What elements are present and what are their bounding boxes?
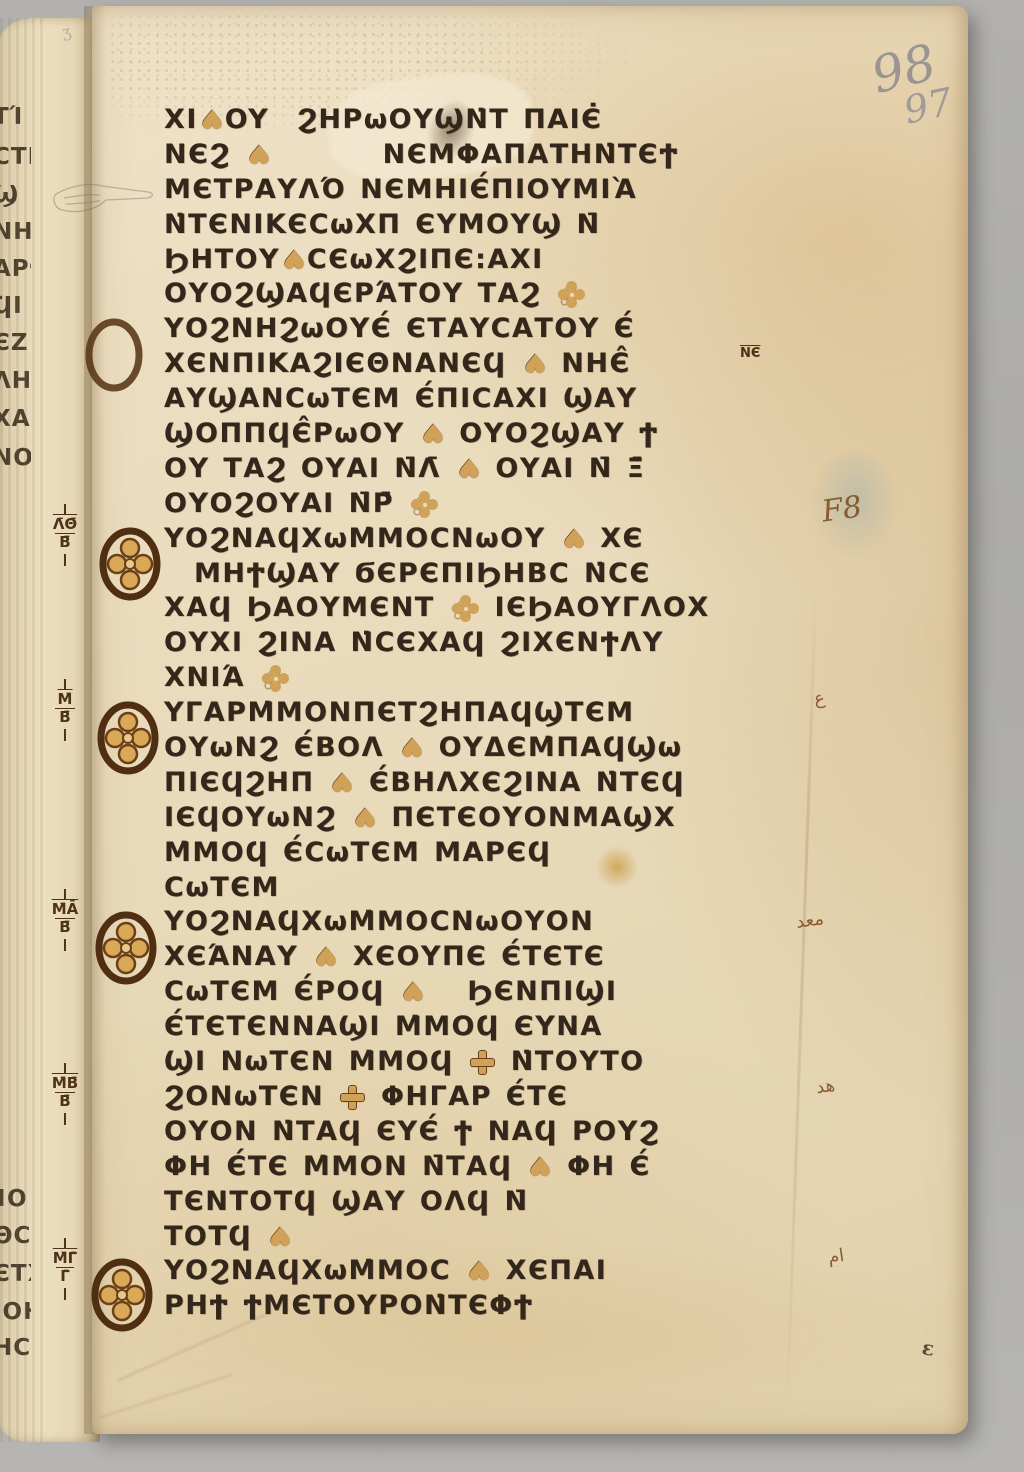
leaf-ornament-icon: ♥ xyxy=(199,103,224,133)
manuscript-line: CωΤЄΜ Є́ΡΟϤ ♥ ϦЄΝΠΙϢΙ xyxy=(164,976,854,1011)
facing-edge-fragment: ΘC xyxy=(0,1223,31,1249)
canon-number: Β̄ xyxy=(55,1092,74,1110)
facing-edge-fragment: ЄΖ xyxy=(0,330,31,356)
paragraph-initial-plain xyxy=(82,317,146,398)
manuscript-line: ΟΥωΝϨ Є́ΒΟΛ ♥ ΟΥΔЄΜ̇ΠΑϤϢω xyxy=(164,732,854,767)
facing-edge-fragment: ЄΤΧ xyxy=(0,1261,31,1287)
manuscript-line: ΟΥΟϨϢΑϤЄΡΆΤΟΥ ΤΑϨ ❀ xyxy=(164,278,854,313)
manuscript-line: ϢΙ ΝωΤЄΝ Μ̇ΜΟϤ ✚ Ν̇ΤΟΥΤΟ xyxy=(164,1046,854,1081)
section-number: Μ̄Ᾱ xyxy=(44,901,86,918)
manuscript-line: ΥΟϨΝΑϤΧωΜ̇ΜΟCΝωΟΥ ♥ ΧЄ xyxy=(164,523,854,558)
manuscript-line: CωΤЄΜ xyxy=(164,872,854,907)
facing-edge-fragment: ΑΡϮ xyxy=(0,256,31,282)
section-number: Λ̄Θ̄ xyxy=(44,516,86,533)
manuscript-line: ΝЄϨ ♥ ΝЄΜΦΑΠΑΤΗΝ̇ΤЄϮ xyxy=(164,139,854,174)
leaf-ornament-icon: ♥ xyxy=(399,731,424,761)
leaf-ornament-icon: ♥ xyxy=(352,801,377,831)
facing-edge-fragment: ΙΟΗ xyxy=(0,1299,31,1325)
paragraph-initial-knot xyxy=(96,527,164,606)
facing-edge-fragment: ΝΗ xyxy=(0,219,31,245)
manuscript-line: ΤЄΝΤΟΤϤ ϢΑΥ ΟΛϤ Ν̄ xyxy=(164,1186,854,1221)
margin-section-number: Μ̄Β̄ xyxy=(44,679,86,741)
leaf-ornament-icon: ♥ xyxy=(267,1220,292,1250)
main-text-block: XI♥OY ϨΗΡωΟΥϢΝ̇Τ ΠΑΙЄ̇ΝЄϨ ♥ ΝЄΜΦΑΠΑΤΗΝ̇Τ… xyxy=(164,104,854,1325)
leaf-ornament-icon: ♥ xyxy=(466,1254,491,1284)
manuscript-line: ΥΟϨΝΑϤΧωΜ̇ΜΟCΝωΟΥΟΝ xyxy=(164,906,854,941)
margin-section-number: Μ̄Β̄Β̄ xyxy=(44,1063,86,1125)
margin-section-number: Μ̄Γ̄Γ̄ xyxy=(44,1238,86,1300)
canon-number: Γ̄ xyxy=(56,1267,74,1285)
manuscript-line: ΟΥΟΝ Ν̇ΤΑϤ ЄΥЄ́ Ϯ ΝΑϤ ΡΟΥϨ xyxy=(164,1116,854,1151)
manuscript-line: Є́ΤЄΤЄΝΝΑϢΙ Μ̇ΜΟϤ ЄΥΝΑ xyxy=(164,1011,854,1046)
canon-number: Β̄ xyxy=(55,533,74,551)
interlinear-correction: ΝЄ xyxy=(740,346,760,361)
manuscript-line: ΧΑϤ ϦΑΟΥΜЄΝΤ ❀ ΙЄϦΑΟΥΓΛΟΧ xyxy=(164,592,854,627)
manuscript-line: ΟΥΟϨΟΥΑΙ Ν̄Ρ̄ ❀ xyxy=(164,488,854,523)
manuscript-line: ΥΓΑΡΜ̇ΜΟΝΠЄΤϨΗΠΑϤϢΤЄΜ xyxy=(164,697,854,732)
facing-edge-fragment: ΝΟ xyxy=(0,445,31,471)
manuscript-line: ΑΥϢΑΝCωΤЄΜ Є́ΠΙCΑΧΙ ϢΑΥ xyxy=(164,383,854,418)
manuscript-line: ΥΟϨΝΗϨωΟΥЄ́ ЄΤΑΥCΑΤΟΥ Є́ xyxy=(164,313,854,348)
manuscript-line: ΥΟϨΝΑϤΧωΜ̇ΜΟC ♥ ΧЄΠΑΙ xyxy=(164,1255,854,1290)
facing-edge-fragment: ΛΗ xyxy=(0,368,31,394)
manuscript-line: ΧЄΆΝΑΥ ♥ ΧЄΟΥΠЄ Є́ΤЄΤЄ xyxy=(164,941,854,976)
margin-section-number: Λ̄Θ̄Β̄ xyxy=(44,504,86,566)
rosette-ornament-icon: ❀ xyxy=(409,491,439,517)
manuscript-line: Μ̇ΜΟϤ Є́CωΤЄΜ ΜΑΡЄϤ xyxy=(164,837,854,872)
manuscript-line: ΡΗϮ ϮΜЄΤΟΥΡΟΝ̇ΤЄΦϮ xyxy=(164,1290,854,1325)
manuscript-line: ΟΥ ΤΑϨ ΟΥΑΙ Ν̄Λ̄ ♥ ΟΥΑΙ Ν̄ Ξ̄ xyxy=(164,453,854,488)
leaf-ornament-icon: ♥ xyxy=(420,417,445,447)
manuscript-line: ΤΟΤϤ ♥ xyxy=(164,1221,854,1256)
leaf-ornament-icon: ♥ xyxy=(561,522,586,552)
manuscript-line: ϨΟΝωΤЄΝ ✚ ΦΗΓΑΡ Є́ΤЄ xyxy=(164,1081,854,1116)
section-number: Μ̄ xyxy=(44,691,86,708)
margin-section-number: Μ̄ᾹΒ̄ xyxy=(44,889,86,951)
manuscript-line: ΜΗϮϢΑΥ ϬЄΡЄΠΙϦΗΒC Ν̇CЄ xyxy=(164,558,854,593)
leaf-ornament-icon: ♥ xyxy=(281,243,306,273)
manuscript-line: ΧΝΙΆ ❀ xyxy=(164,662,854,697)
paragraph-initial-knot xyxy=(88,1258,156,1337)
facing-edge-fragment: ϤΙ xyxy=(0,293,31,319)
facing-edge-fragment: ΗC xyxy=(0,1335,31,1361)
paragraph-initial-knot xyxy=(94,701,162,780)
section-number: Μ̄Β̄ xyxy=(44,1075,86,1092)
leaf-ornament-icon: ♥ xyxy=(329,766,354,796)
manuscript-line: ΜЄΤΡΑΥΛΌ ΝЄΜΗΙЄ́ΠΙΟΥΜΙᾺ xyxy=(164,174,854,209)
manuscript-photo: ΤΊCΤΡϢΝΗΑΡϮϤΙЄΖΛΗΧΑΝΟΊΟΘCЄΤΧΙΟΗΗC ʒ 98 9… xyxy=(0,0,1024,1472)
facing-edge-fragment: ΤΊ xyxy=(0,104,31,130)
manuscript-line: ϢΟΠΠϤЄ̂ΡωΟΥ ♥ ΟΥΟϨϢΑΥ Ϯ xyxy=(164,418,854,453)
manuscript-line: ΙЄϤΟΥωΝϨ ♥ ΠЄΤЄΟΥΟΝΜΑϢΧ xyxy=(164,802,854,837)
canon-number: Β̄ xyxy=(55,918,74,936)
manuscript-line: ΦΗ Є́ΤЄ Μ̇ΜΟΝ Ν̄ΤΑϤ ♥ ΦΗ Є́ xyxy=(164,1151,854,1186)
manuscript-line: ΟΥΧΙ ϨΙΝΑ Ν̇CЄΧΑϤ ϨΙΧЄΝϮΛΥ xyxy=(164,627,854,662)
manuscript-line: ΠΙЄϤϨΗΠ ♥ Є́ΒΗΛΧЄϨΙΝΑ Ν̇ΤЄϤ xyxy=(164,767,854,802)
rosette-ornament-icon: ❀ xyxy=(260,665,290,691)
leaf-ornament-icon: ♥ xyxy=(527,1150,552,1180)
manuscript-line: Ν̇ΤЄΝΙΚЄCωΧΠ ЄΥΜΟΥϢ Ν̄ xyxy=(164,209,854,244)
leaf-ornament-icon: ♥ xyxy=(400,975,425,1005)
section-number: Μ̄Γ̄ xyxy=(44,1250,86,1267)
facing-edge-fragment: CΤΡ xyxy=(0,144,31,170)
leaf-ornament-icon: ♥ xyxy=(522,347,547,377)
leaf-ornament-icon: ♥ xyxy=(456,452,481,482)
leaf-ornament-icon: ♥ xyxy=(313,940,338,970)
manuscript-line: XI♥OY ϨΗΡωΟΥϢΝ̇Τ ΠΑΙЄ̇ xyxy=(164,104,854,139)
cross-ornament-icon: ✚ xyxy=(469,1050,496,1076)
leaf-ornament-icon: ♥ xyxy=(246,138,271,168)
facing-edge-fragment: ΧΑ xyxy=(0,406,31,432)
canon-number: Β̄ xyxy=(55,708,74,726)
facing-edge-fragment: Ϣ xyxy=(0,182,31,208)
paragraph-initial-knot xyxy=(92,911,160,990)
facing-edge-fragment: ΊΟ xyxy=(0,1186,31,1212)
rosette-ornament-icon: ❀ xyxy=(556,281,586,307)
rosette-ornament-icon: ❀ xyxy=(450,595,480,621)
manicule-sketch xyxy=(50,168,165,235)
manuscript-line: ϦΗΤΟΥ♥CЄωΧϨΙΠЄ:ΑΧΙ xyxy=(164,244,854,279)
cross-ornament-icon: ✚ xyxy=(339,1085,366,1111)
